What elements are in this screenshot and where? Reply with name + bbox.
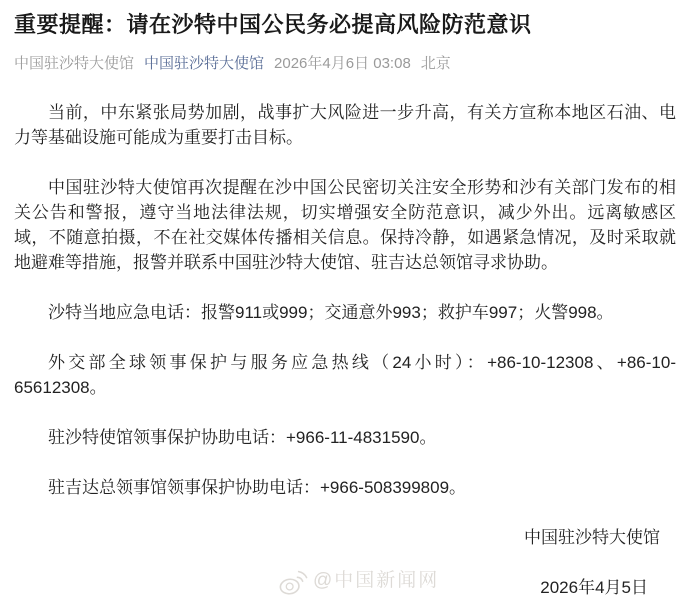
account-link[interactable]: 中国驻沙特大使馆 <box>144 55 264 72</box>
publish-location: 北京 <box>421 55 451 72</box>
article-body: 当前，中东紧张局势加剧，战事扩大风险进一步升高，有关方宣称本地区石油、电力等基础… <box>14 100 676 600</box>
article-paragraph-emergency-numbers: 沙特当地应急电话：报警911或999；交通意外993；救护车997；火警998。 <box>14 300 676 325</box>
signature-date: 2026年4月5日 <box>14 575 676 600</box>
signature: 中国驻沙特大使馆 <box>14 525 676 550</box>
byline: 中国驻沙特大使馆中国驻沙特大使馆2026年4月6日 03:08北京 <box>14 53 676 74</box>
article-title: 重要提醒：请在沙特中国公民务必提高风险防范意识 <box>14 10 676 40</box>
article-paragraph: 当前，中东紧张局势加剧，战事扩大风险进一步升高，有关方宣称本地区石油、电力等基础… <box>14 100 676 150</box>
article-paragraph: 中国驻沙特大使馆再次提醒在沙中国公民密切关注安全形势和沙有关部门发布的相关公告和… <box>14 175 676 275</box>
article-paragraph-embassy-phone: 驻沙特使馆领事保护协助电话：+966-11-4831590。 <box>14 425 676 450</box>
article-paragraph-consulate-phone: 驻吉达总领事馆领事保护协助电话：+966-508399809。 <box>14 475 676 500</box>
publish-datetime: 2026年4月6日 03:08 <box>274 55 411 72</box>
byline-author: 中国驻沙特大使馆 <box>14 55 134 72</box>
article-page: 重要提醒：请在沙特中国公民务必提高风险防范意识 中国驻沙特大使馆中国驻沙特大使馆… <box>0 0 690 606</box>
article-paragraph-hotline: 外交部全球领事保护与服务应急热线（24小时）：+86-10-12308、+86-… <box>14 350 676 400</box>
